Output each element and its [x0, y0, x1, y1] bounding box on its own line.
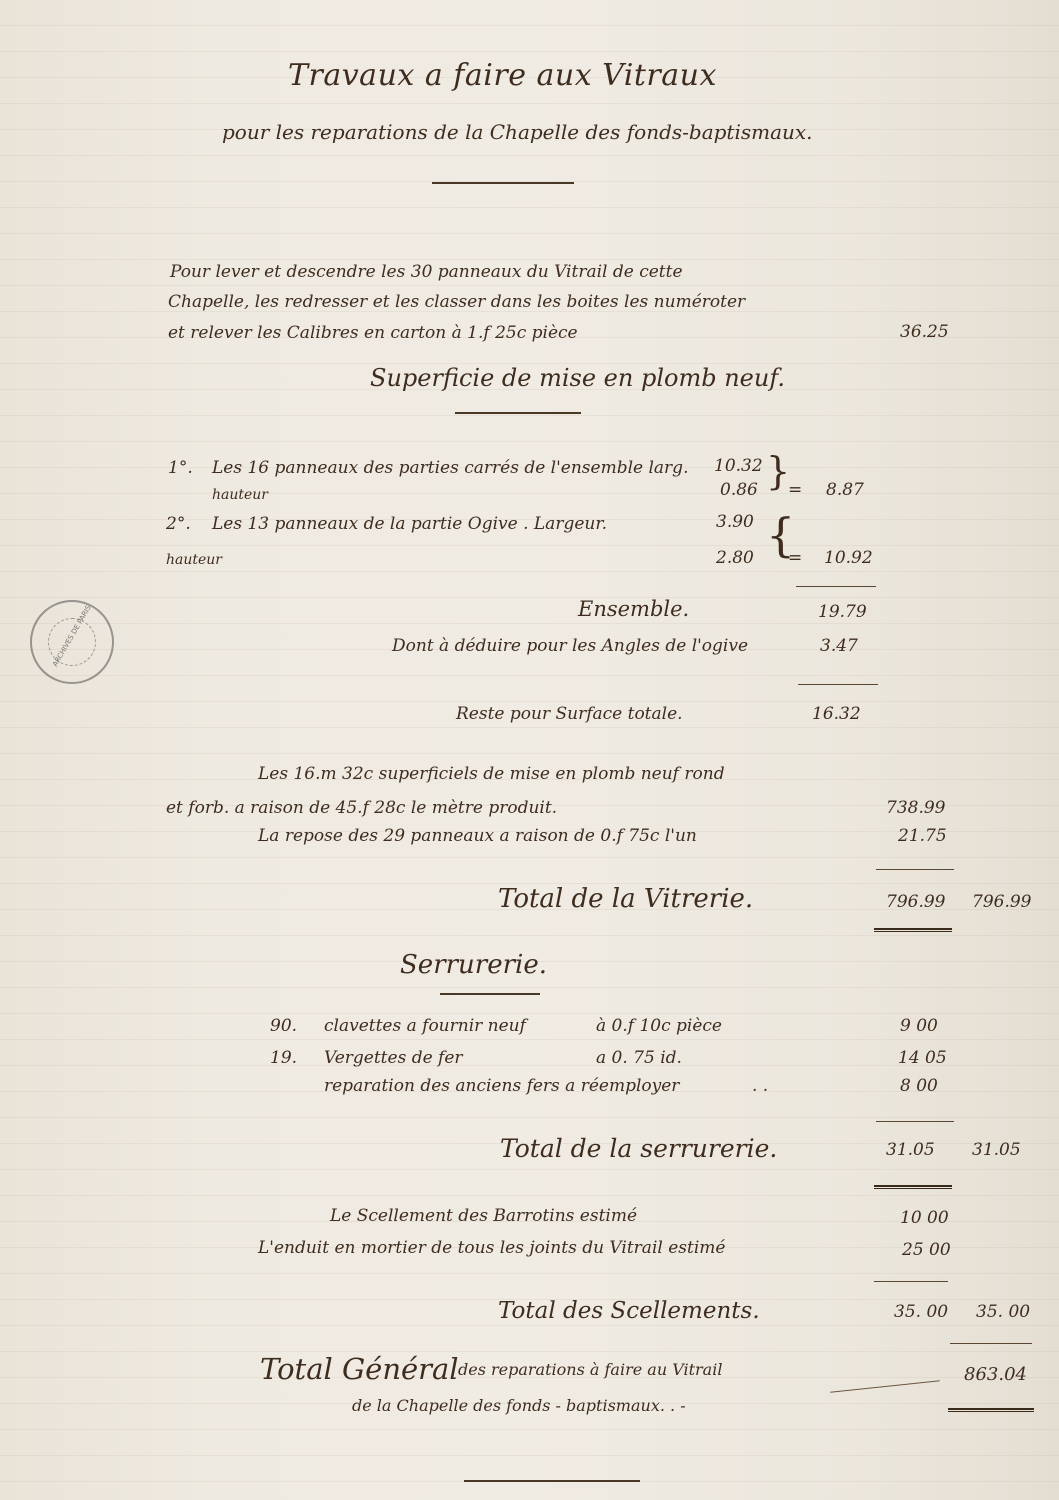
scellement-divider — [874, 1281, 948, 1282]
document-title: Travaux a faire aux Vitraux — [288, 58, 717, 93]
serrurerie-item-3-amount: 8 00 — [900, 1076, 938, 1096]
vitrerie-double-rule — [874, 928, 952, 932]
intro-line-1: Pour lever et descendre les 30 panneaux … — [170, 262, 683, 282]
serrurerie-heading: Serrurerie. — [400, 950, 547, 980]
remaining-divider — [798, 684, 878, 685]
vitrerie-total-label: Total de la Vitrerie. — [498, 884, 753, 914]
ensemble-label: Ensemble. — [578, 597, 689, 621]
grand-total-label: Total Général — [260, 1352, 459, 1386]
deduct-label: Dont à déduire pour les Angles de l'ogiv… — [392, 636, 748, 656]
ensemble-value: 19.79 — [818, 602, 867, 622]
surface-item-1-number: 1°. — [168, 458, 193, 478]
grand-total-label-rest-1: des reparations à faire au Vitrail — [458, 1360, 722, 1379]
grand-total-value: 863.04 — [964, 1364, 1027, 1385]
deduct-value: 3.47 — [820, 636, 858, 656]
serrurerie-item-2-qty: 19. — [270, 1048, 297, 1068]
serrurerie-item-1-rate: à 0.f 10c pièce — [596, 1016, 722, 1036]
vitrerie-line-3: La repose des 29 panneaux a raison de 0.… — [258, 826, 697, 846]
vitrerie-total-value: 796.99 — [886, 892, 945, 912]
archives-stamp: ARCHIVES DE PARIS — [30, 600, 114, 684]
grand-total-leader-line — [830, 1380, 940, 1392]
grand-total-top-rule — [950, 1343, 1032, 1344]
scellement-item-2-label: L'enduit en mortier de tous les joints d… — [258, 1238, 725, 1258]
surface-item-1-height: 0.86 — [720, 480, 758, 500]
vitrerie-total-carry: 796.99 — [972, 892, 1031, 912]
serrurerie-item-2-rate: a 0. 75 id. — [596, 1048, 682, 1068]
serrurerie-total-carry: 31.05 — [972, 1140, 1021, 1160]
grand-total-double-rule — [948, 1408, 1034, 1412]
serrurerie-divider — [440, 993, 540, 995]
scellement-item-1-amount: 10 00 — [900, 1208, 949, 1228]
surface-item-1-width: 10.32 — [714, 456, 763, 476]
surface-item-2-width: 3.90 — [716, 512, 754, 532]
serrurerie-item-1-amount: 9 00 — [900, 1016, 938, 1036]
surface-item-2-height: 2.80 — [716, 548, 754, 568]
intro-line-2: Chapelle, les redresser et les classer d… — [168, 292, 745, 312]
intro-amount: 36.25 — [900, 322, 949, 342]
surface-divider — [455, 412, 581, 414]
vitrerie-line-2: et forb. a raison de 45.f 28c le mètre p… — [166, 798, 557, 818]
scellement-item-2-amount: 25 00 — [902, 1240, 951, 1260]
serrurerie-double-rule — [874, 1185, 952, 1189]
serrurerie-item-2-amount: 14 05 — [898, 1048, 947, 1068]
remaining-value: 16.32 — [812, 704, 861, 724]
equals-sign: = — [788, 548, 802, 568]
scellement-item-1-label: Le Scellement des Barrotins estimé — [330, 1206, 637, 1226]
surface-item-2-sublabel: hauteur — [166, 552, 222, 568]
title-divider — [432, 182, 574, 184]
vitrerie-amount-2: 21.75 — [898, 826, 947, 846]
serrurerie-sum-divider — [876, 1121, 954, 1122]
serrurerie-item-1-qty: 90. — [270, 1016, 297, 1036]
scellement-total-carry: 35. 00 — [976, 1302, 1030, 1322]
surface-item-1-label: Les 16 panneaux des parties carrés de l'… — [212, 458, 688, 478]
surface-item-1-result: 8.87 — [826, 480, 864, 500]
serrurerie-total-value: 31.05 — [886, 1140, 935, 1160]
vitrerie-line-1: Les 16.m 32c superficiels de mise en plo… — [258, 764, 725, 784]
intro-line-3: et relever les Calibres en carton à 1.f … — [168, 323, 578, 343]
surface-item-2-label: Les 13 panneaux de la partie Ogive . Lar… — [212, 514, 607, 534]
ensemble-divider — [796, 586, 876, 587]
serrurerie-item-3-label: reparation des anciens fers a réemployer — [324, 1076, 679, 1096]
document-subtitle: pour les reparations de la Chapelle des … — [222, 120, 813, 144]
surface-heading: Superficie de mise en plomb neuf. — [370, 364, 785, 392]
surface-item-1-sublabel: hauteur — [212, 487, 268, 503]
vitrerie-amount-1: 738.99 — [886, 798, 945, 818]
closing-divider — [464, 1480, 640, 1482]
surface-item-2-result: 10.92 — [824, 548, 873, 568]
document-page: Travaux a faire aux Vitraux pour les rep… — [0, 0, 1059, 1500]
scellement-total-label: Total des Scellements. — [498, 1298, 760, 1324]
serrurerie-item-1-label: clavettes a fournir neuf — [324, 1016, 526, 1036]
brace-icon: } — [766, 452, 790, 490]
remaining-label: Reste pour Surface totale. — [456, 704, 683, 724]
serrurerie-total-label: Total de la serrurerie. — [500, 1134, 777, 1163]
scellement-total-value: 35. 00 — [894, 1302, 948, 1322]
vitrerie-divider — [876, 869, 954, 870]
serrurerie-item-3-rate: . . — [752, 1076, 768, 1096]
grand-total-label-rest-2: de la Chapelle des fonds - baptismaux. .… — [352, 1396, 686, 1415]
serrurerie-item-2-label: Vergettes de fer — [324, 1048, 463, 1068]
surface-item-2-number: 2°. — [166, 514, 191, 534]
equals-sign: = — [788, 480, 802, 500]
